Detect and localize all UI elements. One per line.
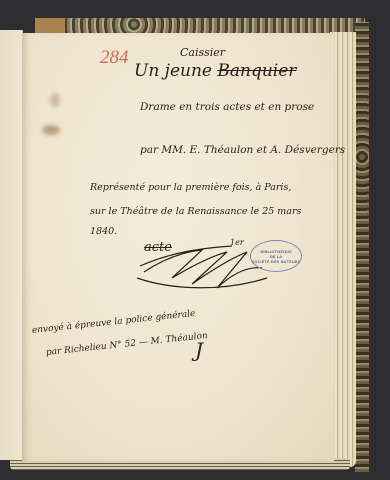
facing-leaf [0, 30, 23, 460]
library-stamp: BIBLIOTHÈQUE DE LA SOCIÉTÉ DES AUTEURS [250, 240, 302, 272]
stain [42, 125, 60, 135]
title-struck-word: Banquier [217, 61, 296, 81]
folio-number: 284 [100, 47, 129, 69]
stain [50, 93, 60, 107]
annotation-initial: J [195, 338, 203, 362]
annotation-line-2: par Richelieu N° 52 — M. Théaulon [45, 331, 208, 358]
stamp-line-3: SOCIÉTÉ DES AUTEURS [252, 259, 301, 264]
marbled-cover-top [35, 18, 365, 34]
title-prefix: Un jeune [134, 61, 217, 81]
annotation-line-1: envoyé à épreuve la police générale [31, 309, 195, 336]
manuscript-page: 284 Caissier Un jeune Banquier Drame en … [22, 33, 334, 461]
signature-superscript: 1er [230, 238, 244, 247]
signature-struck-text: acte [144, 240, 172, 255]
performance-line-2: sur le Théâtre de la Renaissance le 25 m… [90, 206, 301, 217]
play-subtitle: Drame en trois actes et en prose [140, 101, 314, 113]
marbled-cover-right [355, 22, 369, 472]
play-authors: par MM. E. Théaulon et A. Désvergers [140, 144, 345, 156]
manuscript-photo: 284 Caissier Un jeune Banquier Drame en … [0, 0, 390, 480]
performance-line-3: 1840. [90, 226, 117, 237]
performance-line-1: Représenté pour la première fois, à Pari… [90, 182, 291, 193]
play-title: Un jeune Banquier [134, 61, 296, 81]
binding-tab [35, 18, 65, 34]
title-correction: Caissier [180, 46, 225, 59]
